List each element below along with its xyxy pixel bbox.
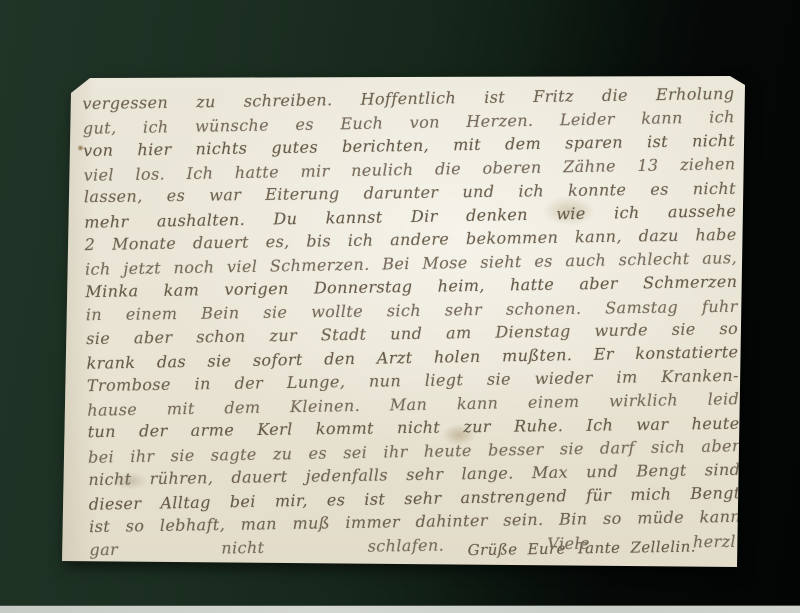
postcard-photo: vergessen zu schreiben. Hoffentlich ist … <box>0 0 800 613</box>
postcard-shadow-wrap: vergessen zu schreiben. Hoffentlich ist … <box>0 0 800 613</box>
table-edge <box>0 605 800 613</box>
handwriting-text: vergessen zu schreiben. Hoffentlich ist … <box>82 82 741 569</box>
postcard: vergessen zu schreiben. Hoffentlich ist … <box>62 76 746 568</box>
